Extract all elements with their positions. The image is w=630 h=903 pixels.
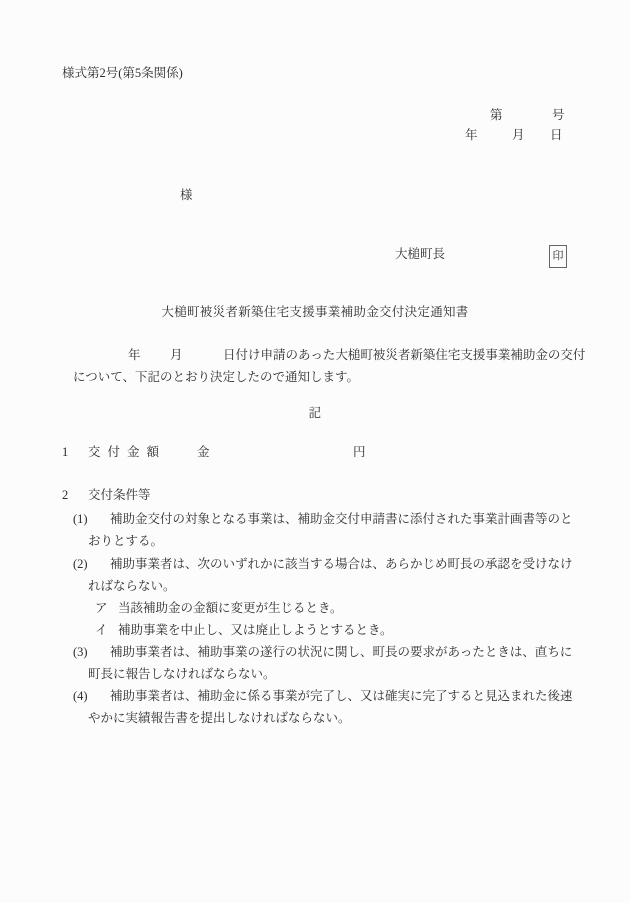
condition-4-line1: 補助事業者は、補助金に係る事業が完了し、又は確実に完了すると見込まれた後速 [110, 689, 573, 704]
condition-3-number: (3) [73, 645, 88, 660]
intro-month-label: 月 [170, 348, 183, 363]
condition-2-line1: 補助事業者は、次のいずれかに該当する場合は、あらかじめ町長の承認を受けなけ [110, 557, 573, 572]
condition-3-line1: 補助事業者は、補助事業の遂行の状況に関し、町長の要求があったときは、直ちに [110, 645, 572, 660]
item1-yen-label: 円 [353, 445, 366, 460]
date-month-label: 月 [512, 128, 525, 143]
date-day-label: 日 [550, 128, 563, 143]
condition-4-line2: やかに実績報告書を提出しなければならない。 [88, 711, 351, 726]
intro-year-label: 年 [128, 348, 141, 363]
item1-number: 1 [62, 445, 68, 460]
ki-heading: 記 [0, 406, 630, 421]
doc-number-prefix: 第 [490, 108, 503, 123]
subitem-a-number: ア [95, 601, 108, 616]
subitem-i-number: イ [95, 623, 108, 638]
item1-kin-label: 金 [197, 445, 210, 460]
condition-1-number: (1) [73, 512, 88, 527]
seal-placeholder-icon: 印 [549, 245, 567, 268]
condition-3-line2: 町長に報告しなければならない。 [88, 667, 276, 682]
item2-number: 2 [62, 488, 68, 503]
intro-line1-text: 日付け申請のあった大槌町被災者新築住宅支援事業補助金の交付 [223, 348, 585, 363]
condition-1-line1: 補助金交付の対象となる事業は、補助金交付申請書に添付された事業計画書等のと [110, 512, 573, 527]
document-title: 大槌町被災者新築住宅支援事業補助金交付決定通知書 [0, 305, 630, 320]
condition-2-line2: ればならない。 [88, 579, 176, 594]
recipient-honorific: 様 [180, 188, 193, 203]
seal-label: 印 [553, 251, 564, 262]
subitem-i-text: 補助事業を中止し、又は廃止しようとするとき。 [118, 623, 393, 638]
issuer-name: 大槌町長 [395, 247, 445, 262]
form-number: 様式第2号(第5条関係) [62, 66, 183, 81]
date-year-label: 年 [465, 128, 478, 143]
subitem-a-text: 当該補助金の金額に変更が生じるとき。 [118, 601, 343, 616]
condition-1-line2: おりとする。 [88, 534, 163, 549]
intro-line2-text: について、下記のとおり決定したので通知します。 [73, 370, 359, 385]
doc-number-suffix: 号 [552, 108, 565, 123]
item2-label: 交付条件等 [88, 488, 151, 503]
item1-label: 交付金額 [88, 445, 166, 460]
condition-4-number: (4) [73, 689, 88, 704]
condition-2-number: (2) [73, 557, 88, 572]
document-page: 様式第2号(第5条関係) 第 号 年 月 日 様 大槌町長 印 大槌町被災者新築… [0, 0, 630, 903]
